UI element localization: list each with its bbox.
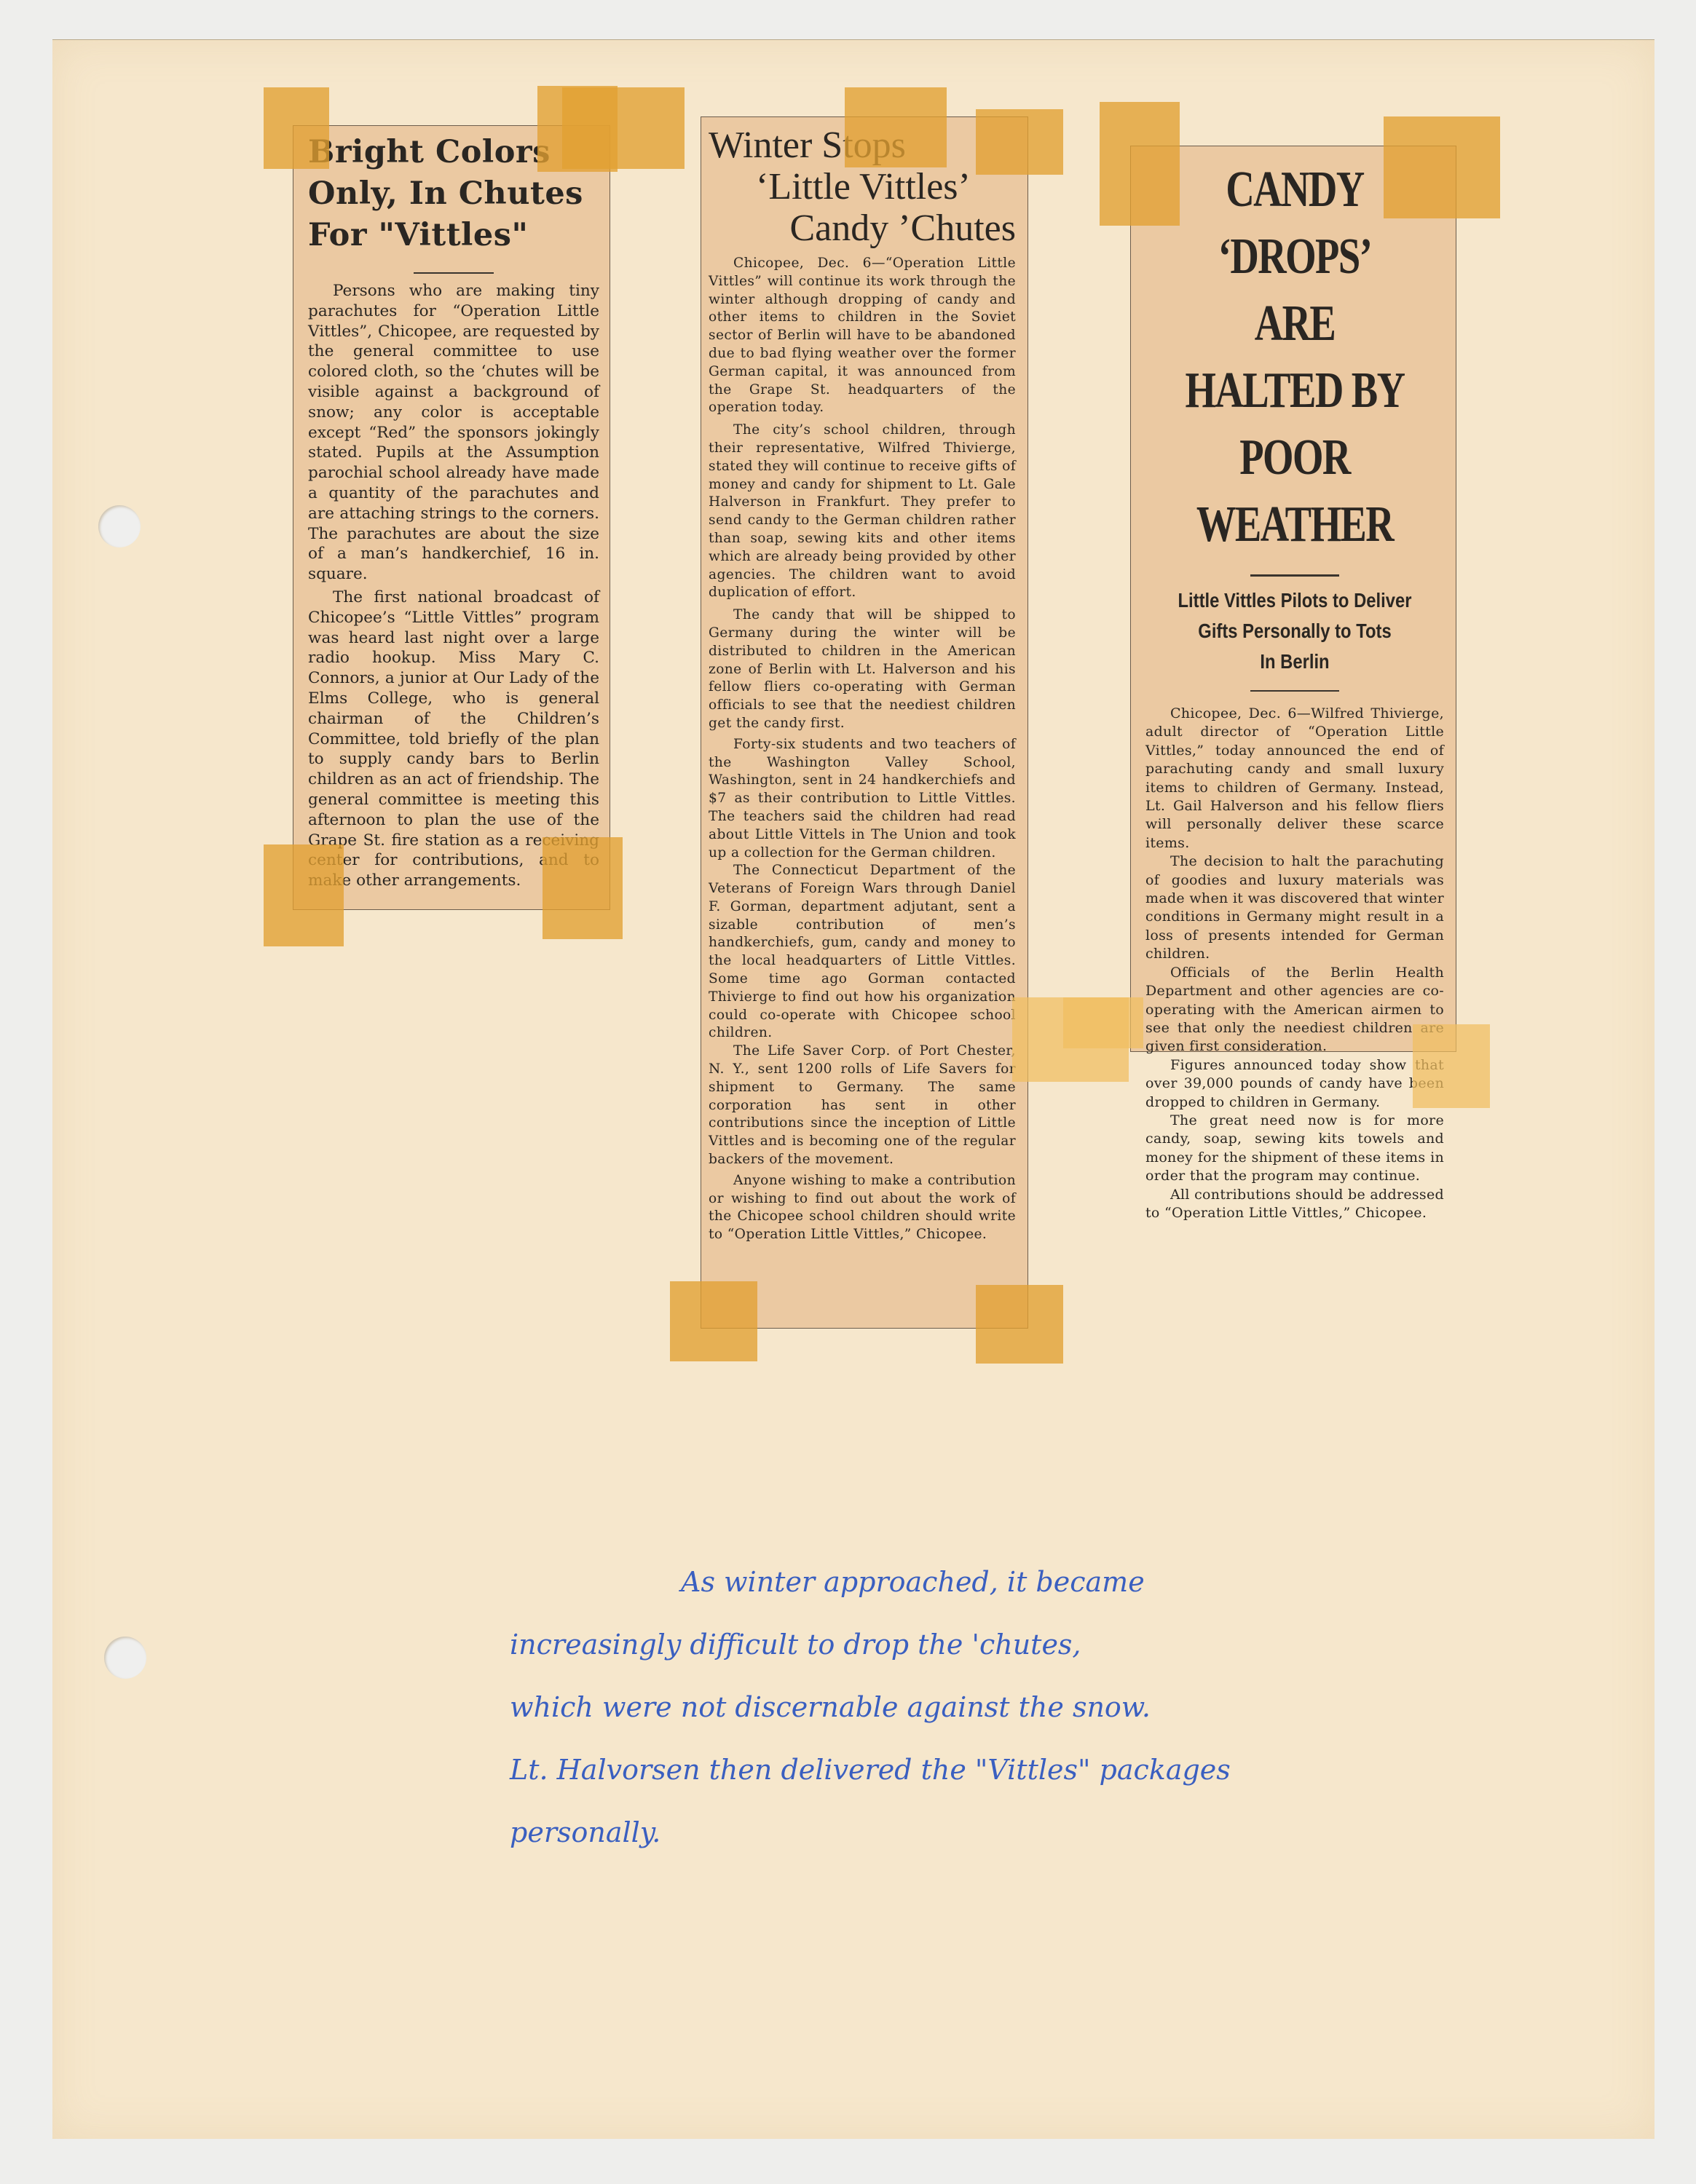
headline-line: CANDY ‘DROPS’	[1178, 157, 1411, 290]
note-line: which were not discernable against the s…	[510, 1676, 1384, 1738]
paragraph: Chicopee, Dec. 6—Wilfred Thivierge, adul…	[1145, 705, 1444, 852]
tape-piece	[1063, 997, 1143, 1048]
subheadline-line: In Berlin	[1168, 646, 1422, 677]
paragraph: The decision to halt the parachuting of …	[1145, 852, 1444, 963]
paragraph: All contributions should be addressed to…	[1145, 1186, 1444, 1223]
article-body: Persons who are making tiny parachutes f…	[308, 281, 599, 891]
paragraph: Chicopee, Dec. 6—“Operation Little Vittl…	[709, 255, 1016, 417]
tape-piece	[976, 109, 1063, 175]
divider	[1250, 574, 1339, 577]
divider	[414, 272, 494, 274]
paragraph: Persons who are making tiny parachutes f…	[308, 281, 599, 585]
clipping-candy-drops: CANDY ‘DROPS’ ARE HALTED BY POOR WEATHER…	[1130, 146, 1456, 1052]
headline-line: Candy ’Chutes	[709, 207, 1016, 249]
headline-line: Only, In Chutes	[308, 173, 599, 215]
punch-hole-bottom	[104, 1637, 146, 1679]
note-line: personally.	[510, 1801, 1384, 1864]
tape-piece	[264, 87, 329, 169]
subheadline-line: Gifts Personally to Tots	[1168, 616, 1422, 646]
tape-piece	[976, 1285, 1063, 1364]
headline-line: POOR WEATHER	[1178, 424, 1411, 558]
note-line: increasingly difficult to drop the 'chut…	[510, 1613, 1384, 1676]
tape-piece	[670, 1281, 757, 1361]
headline-line: ARE HALTED BY	[1178, 290, 1411, 424]
article-body: Chicopee, Dec. 6—Wilfred Thivierge, adul…	[1145, 705, 1444, 1222]
tape-piece	[845, 87, 947, 167]
punch-hole-top	[98, 505, 141, 547]
paragraph: The candy that will be shipped to German…	[709, 606, 1016, 733]
paragraph: The Life Saver Corp. of Port Chester, N.…	[709, 1042, 1016, 1169]
handwritten-note: As winter approached, it became increasi…	[510, 1551, 1384, 1864]
tape-piece	[562, 87, 685, 169]
clipping-bright-colors: Bright Colors Only, In Chutes For "Vittl…	[293, 125, 610, 910]
clipping-subheadline: Little Vittles Pilots to Deliver Gifts P…	[1168, 585, 1422, 677]
tape-piece	[264, 844, 344, 946]
paragraph: Anyone wishing to make a contribution or…	[709, 1172, 1016, 1244]
headline-line: For "Vittles"	[308, 215, 599, 256]
divider	[1250, 690, 1339, 692]
paragraph: The great need now is for more candy, so…	[1145, 1112, 1444, 1186]
tape-piece	[543, 837, 623, 939]
tape-piece	[1100, 102, 1180, 226]
note-line: As winter approached, it became	[510, 1551, 1384, 1613]
paragraph: Figures announced today show that over 3…	[1145, 1056, 1444, 1112]
subheadline-line: Little Vittles Pilots to Deliver	[1168, 585, 1422, 616]
article-body: Chicopee, Dec. 6—“Operation Little Vittl…	[709, 255, 1016, 1244]
clipping-headline: CANDY ‘DROPS’ ARE HALTED BY POOR WEATHER	[1178, 157, 1411, 558]
tape-piece	[1384, 116, 1500, 218]
paragraph: Officials of the Berlin Health Departmen…	[1145, 964, 1444, 1056]
note-line: Lt. Halvorsen then delivered the "Vittle…	[510, 1738, 1384, 1801]
tape-piece	[1413, 1024, 1490, 1108]
clipping-winter-stops: Winter Stops ‘Little Vittles’ Candy ’Chu…	[701, 116, 1028, 1329]
paragraph: The city’s school children, through thei…	[709, 422, 1016, 602]
headline-line: ‘Little Vittles’	[709, 166, 1016, 207]
paragraph: Forty-six students and two teachers of t…	[709, 736, 1016, 863]
paragraph: The Connecticut Department of the Vetera…	[709, 862, 1016, 1042]
